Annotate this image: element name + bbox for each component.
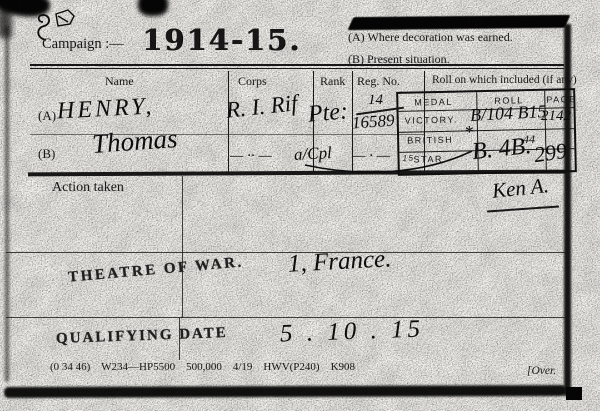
section-divider <box>179 318 180 360</box>
section-divider <box>182 253 183 318</box>
print-code: (0 34 46) W234—HP5500 500,000 4/19 HWV(P… <box>50 361 355 373</box>
medal-index-card: Campaign :— 1914-15. (A) Where decoratio… <box>0 0 600 411</box>
col-header-name: Name <box>105 74 134 89</box>
over-label: [Over. <box>527 365 556 377</box>
row-b-label: (B) <box>38 146 55 162</box>
double-rule-bottom <box>30 68 564 69</box>
col-header-reg-no: Reg. No. <box>357 74 400 89</box>
row-a-label: (A) <box>38 108 56 124</box>
star-page-handwritten: 299 <box>532 138 568 168</box>
victory-roll-handwritten: B/104 B15 <box>470 101 547 126</box>
rank-handwritten: Pte: <box>307 98 349 128</box>
clerk-initials: Ken A. <box>491 173 550 204</box>
action-taken-label: Action taken <box>52 180 124 196</box>
card-content: Campaign :— 1914-15. (A) Where decoratio… <box>0 0 600 411</box>
row-separator <box>30 134 424 135</box>
corps-handwritten: R. I. Rif <box>225 90 299 123</box>
theatre-of-war-stamp: THEATRE OF WAR. <box>68 254 245 286</box>
campaign-value: 1914-15. <box>142 23 301 57</box>
note-where-earned: (A) Where decoration was earned. <box>348 30 513 45</box>
col-header-rank: Rank <box>320 74 345 89</box>
victory-page-handwritten: 2142 <box>541 108 571 125</box>
double-rule-top <box>30 64 564 66</box>
col-header-roll: Roll on which included (if any) <box>432 74 577 86</box>
medal-row-victory: VICTORY. <box>405 115 458 126</box>
reg-no-handwritten: 16589 <box>351 111 395 134</box>
reg-no-prefix: 14 <box>368 92 383 109</box>
corps-row-b-dashes: — ·· — <box>230 148 272 165</box>
section-rule <box>6 317 568 318</box>
campaign-label: Campaign :— <box>42 36 124 53</box>
initials-underline <box>487 205 559 212</box>
surname-handwritten: HENRY, <box>56 93 155 125</box>
qualifying-date-stamp: QUALIFYING DATE <box>56 325 228 348</box>
medal-col-header: MEDAL <box>414 97 453 108</box>
section-divider <box>182 176 183 253</box>
col-header-corps: Corps <box>238 74 267 89</box>
forename-handwritten: Thomas <box>91 123 178 160</box>
theatre-value-handwritten: 1, France. <box>287 245 392 278</box>
page-col-header: PAGE <box>546 94 577 105</box>
qualifying-date-handwritten: 5 . 10 . 15 <box>280 315 425 348</box>
medal-box-line <box>399 128 574 133</box>
pen-flourish <box>300 143 480 183</box>
